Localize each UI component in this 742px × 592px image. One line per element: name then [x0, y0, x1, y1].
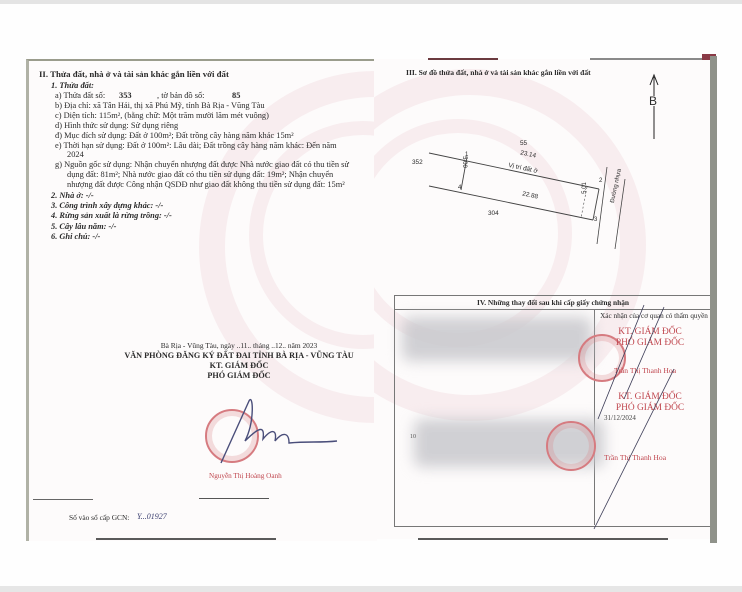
area: c) Diện tích: 115m², (bằng chữ: Một trăm…: [55, 111, 269, 121]
notes: 6. Ghi chú: -/-: [51, 232, 100, 242]
usage-form: d) Hình thức sử dụng: Sử dụng riêng: [55, 121, 178, 131]
left-page: II. Thửa đất, nhà ở và tài sản khác gắn …: [26, 59, 377, 541]
land-heading: 1. Thửa đất:: [51, 81, 94, 91]
entry-prefix: 10: [410, 432, 416, 442]
origin-line-1: g) Nguồn gốc sử dụng: Nhận chuyển nhượng…: [55, 160, 349, 170]
north-arrow-icon: [644, 73, 674, 143]
strike-lines: [584, 299, 714, 529]
cover-edge-bottom: [96, 538, 276, 540]
registry-label: Số vào sổ cấp GCN:: [69, 513, 129, 523]
map-sheet-number: 85: [232, 91, 240, 101]
cover-edge: [428, 58, 498, 60]
signature: [219, 391, 339, 471]
address: b) Địa chỉ: xã Tân Hải, thị xã Phú Mỹ, t…: [55, 101, 265, 111]
perennial-trees: 5. Cây lâu năm: -/-: [51, 222, 116, 232]
issue-date: Bà Rịa - Vũng Tàu, ngày ..11.. tháng ..1…: [109, 341, 369, 351]
bottom-border: [0, 586, 742, 592]
north-label: B: [649, 96, 657, 106]
section-iii-title: III. Sơ đồ thửa đất, nhà ở và tài sản kh…: [406, 68, 591, 78]
origin-line-2: dụng đất: 81m²; Nhà nước giao đất có thu…: [67, 170, 333, 180]
registry-number: Y...01927: [137, 512, 167, 522]
on-behalf-title: KT. GIÁM ĐỐC: [109, 361, 369, 371]
neighbor-west: 352: [412, 158, 423, 168]
divider: [33, 499, 93, 500]
house: 2. Nhà ở: -/-: [51, 191, 94, 201]
issuing-office: VĂN PHÒNG ĐĂNG KÝ ĐẤT ĐAI TỈNH BÀ RỊA - …: [109, 351, 369, 361]
corner-3: 3: [594, 215, 597, 225]
cover-spine-edge: [710, 56, 717, 543]
map-sheet-label: , tờ bản đồ số:: [157, 91, 204, 101]
signer-name: Nguyễn Thị Hoàng Oanh: [209, 471, 282, 481]
other-construction: 3. Công trình xây dựng khác: -/-: [51, 201, 163, 211]
right-page: III. Sơ đồ thửa đất, nhà ở và tài sản kh…: [374, 59, 714, 539]
corner-2: 2: [599, 176, 602, 186]
certificate-photo: II. Thửa đất, nhà ở và tài sản khác gắn …: [0, 4, 742, 586]
section-ii-title: II. Thửa đất, nhà ở và tài sản khác gắn …: [39, 69, 229, 79]
neighbor-south: 304: [488, 209, 499, 219]
origin-line-3: nhượng đất được Công nhận QSDĐ như giao …: [67, 180, 345, 190]
redacted-entry-1: [402, 317, 592, 361]
corner-4: 4: [458, 183, 461, 193]
usage-term-year: 2024: [67, 150, 84, 160]
parcel-label: a) Thửa đất số:: [55, 91, 105, 101]
deputy-director-title: PHÓ GIÁM ĐỐC: [109, 371, 369, 381]
production-forest: 4. Rừng sản xuất là rừng trồng: -/-: [51, 211, 172, 221]
usage-term: e) Thời hạn sử dụng: Đất ở 100m²: Lâu dà…: [55, 141, 337, 151]
divider: [199, 498, 269, 499]
cover-edge: [590, 58, 710, 60]
usage-purpose: đ) Mục đích sử dụng: Đất ở 100m²; Đất tr…: [55, 131, 294, 141]
cover-edge-bottom: [418, 538, 668, 540]
edge-right: 5.01: [580, 182, 590, 194]
parcel-number: 353: [119, 91, 132, 101]
corner-1: 1: [465, 150, 468, 160]
